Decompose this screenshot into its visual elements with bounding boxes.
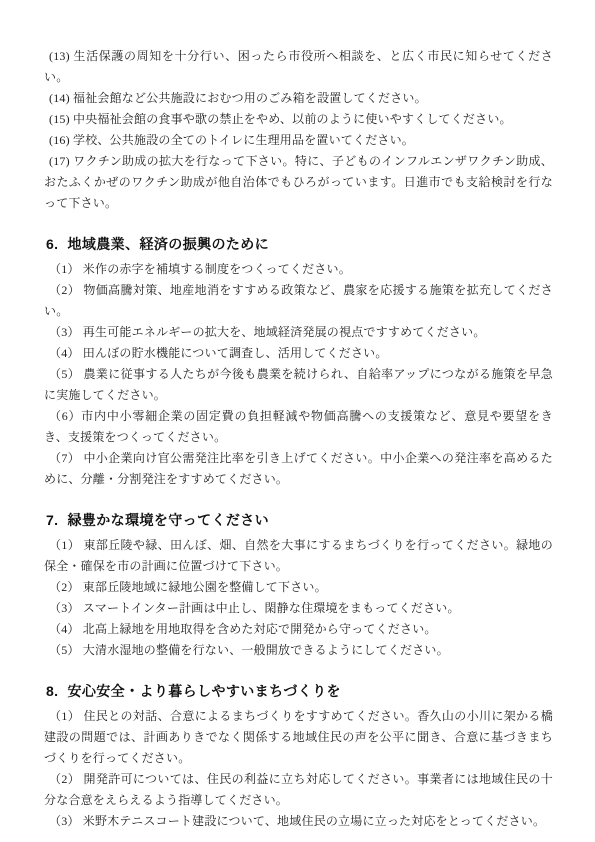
petition-item: （3） 米野木テニスコート建設について、地域住民の立場に立った対応をとってくださ…	[44, 811, 553, 832]
petition-item: （3） スマートインター計画は中止し、閑静な住環境をまもってください。	[44, 598, 553, 619]
section-title: 地域農業、経済の振興のために	[67, 236, 269, 252]
petition-item: （2） 東部丘陵地域に緑地公園を整備して下さい。	[44, 577, 553, 598]
section-heading: 7.緑豊かな環境を守ってください	[46, 510, 553, 530]
petition-item: （2） 開発許可については、住民の利益に立ち対応してください。事業者には地域住民…	[44, 769, 553, 811]
petition-item: （4） 北高上緑地を用地取得を含めた対応で開発から守ってください。	[44, 619, 553, 640]
petition-item: （3） 再生可能エネルギーの拡大を、地域経済発展の視点ですすめてください。	[44, 322, 553, 343]
petition-item: （6）市内中小零細企業の固定費の負担軽減や物価高騰への支援策など、意見や要望をき…	[44, 406, 553, 448]
section-heading: 6.地域農業、経済の振興のために	[46, 234, 553, 254]
document-page: (13) 生活保護の周知を十分行い、困ったら市役所へ相談を、と広く市民に知らせて…	[0, 0, 595, 842]
petition-item: （5） 農業に従事する人たちが今後も農業を続けられ、自給率アップにつながる施策を…	[44, 364, 553, 406]
petition-item: (15) 中央福祉会館の食事や歌の禁止をやめ、以前のように使いやすくしてください…	[44, 109, 553, 130]
petition-item: （1） 米作の赤字を補填する制度をつくってください。	[44, 259, 553, 280]
petition-item: （2） 物価高騰対策、地産地消をすすめる政策など、農家を応援する施策を拡充してく…	[44, 280, 553, 322]
continuation-block: (13) 生活保護の周知を十分行い、困ったら市役所へ相談を、と広く市民に知らせて…	[44, 46, 553, 214]
petition-item: (14) 福祉会館など公共施設におむつ用のごみ箱を設置してください。	[44, 88, 553, 109]
section-safety-livability: 8.安心安全・より暮らしやすいまちづくりを （1） 住民との対話、合意によるまち…	[44, 681, 553, 832]
section-number: 8.	[46, 683, 58, 699]
petition-item: （1） 東部丘陵や緑、田んぼ、畑、自然を大事にするまちづくりを行ってください。緑…	[44, 535, 553, 577]
petition-item: （4） 田んぼの貯水機能について調査し、活用してください。	[44, 343, 553, 364]
section-number: 6.	[46, 236, 58, 252]
petition-item: （1） 住民との対話、合意によるまちづくりをすすめてください。香久山の小川に架か…	[44, 706, 553, 769]
section-number: 7.	[46, 512, 58, 528]
section-agriculture-economy: 6.地域農業、経済の振興のために （1） 米作の赤字を補填する制度をつくってくだ…	[44, 234, 553, 490]
section-green-environment: 7.緑豊かな環境を守ってください （1） 東部丘陵や緑、田んぼ、畑、自然を大事に…	[44, 510, 553, 661]
section-title: 安心安全・より暮らしやすいまちづくりを	[67, 683, 340, 699]
section-heading: 8.安心安全・より暮らしやすいまちづくりを	[46, 681, 553, 701]
petition-item: （5） 大清水湿地の整備を行ない、一般開放できるようにしてください。	[44, 640, 553, 661]
petition-item: (17) ワクチン助成の拡大を行なって下さい。特に、子どものインフルエンザワクチ…	[44, 151, 553, 214]
petition-item: （7） 中小企業向け官公需発注比率を引き上げてください。中小企業への発注率を高め…	[44, 448, 553, 490]
petition-item: (16) 学校、公共施設の全てのトイレに生理用品を置いてください。	[44, 130, 553, 151]
section-title: 緑豊かな環境を守ってください	[67, 512, 269, 528]
petition-item: (13) 生活保護の周知を十分行い、困ったら市役所へ相談を、と広く市民に知らせて…	[44, 46, 553, 88]
